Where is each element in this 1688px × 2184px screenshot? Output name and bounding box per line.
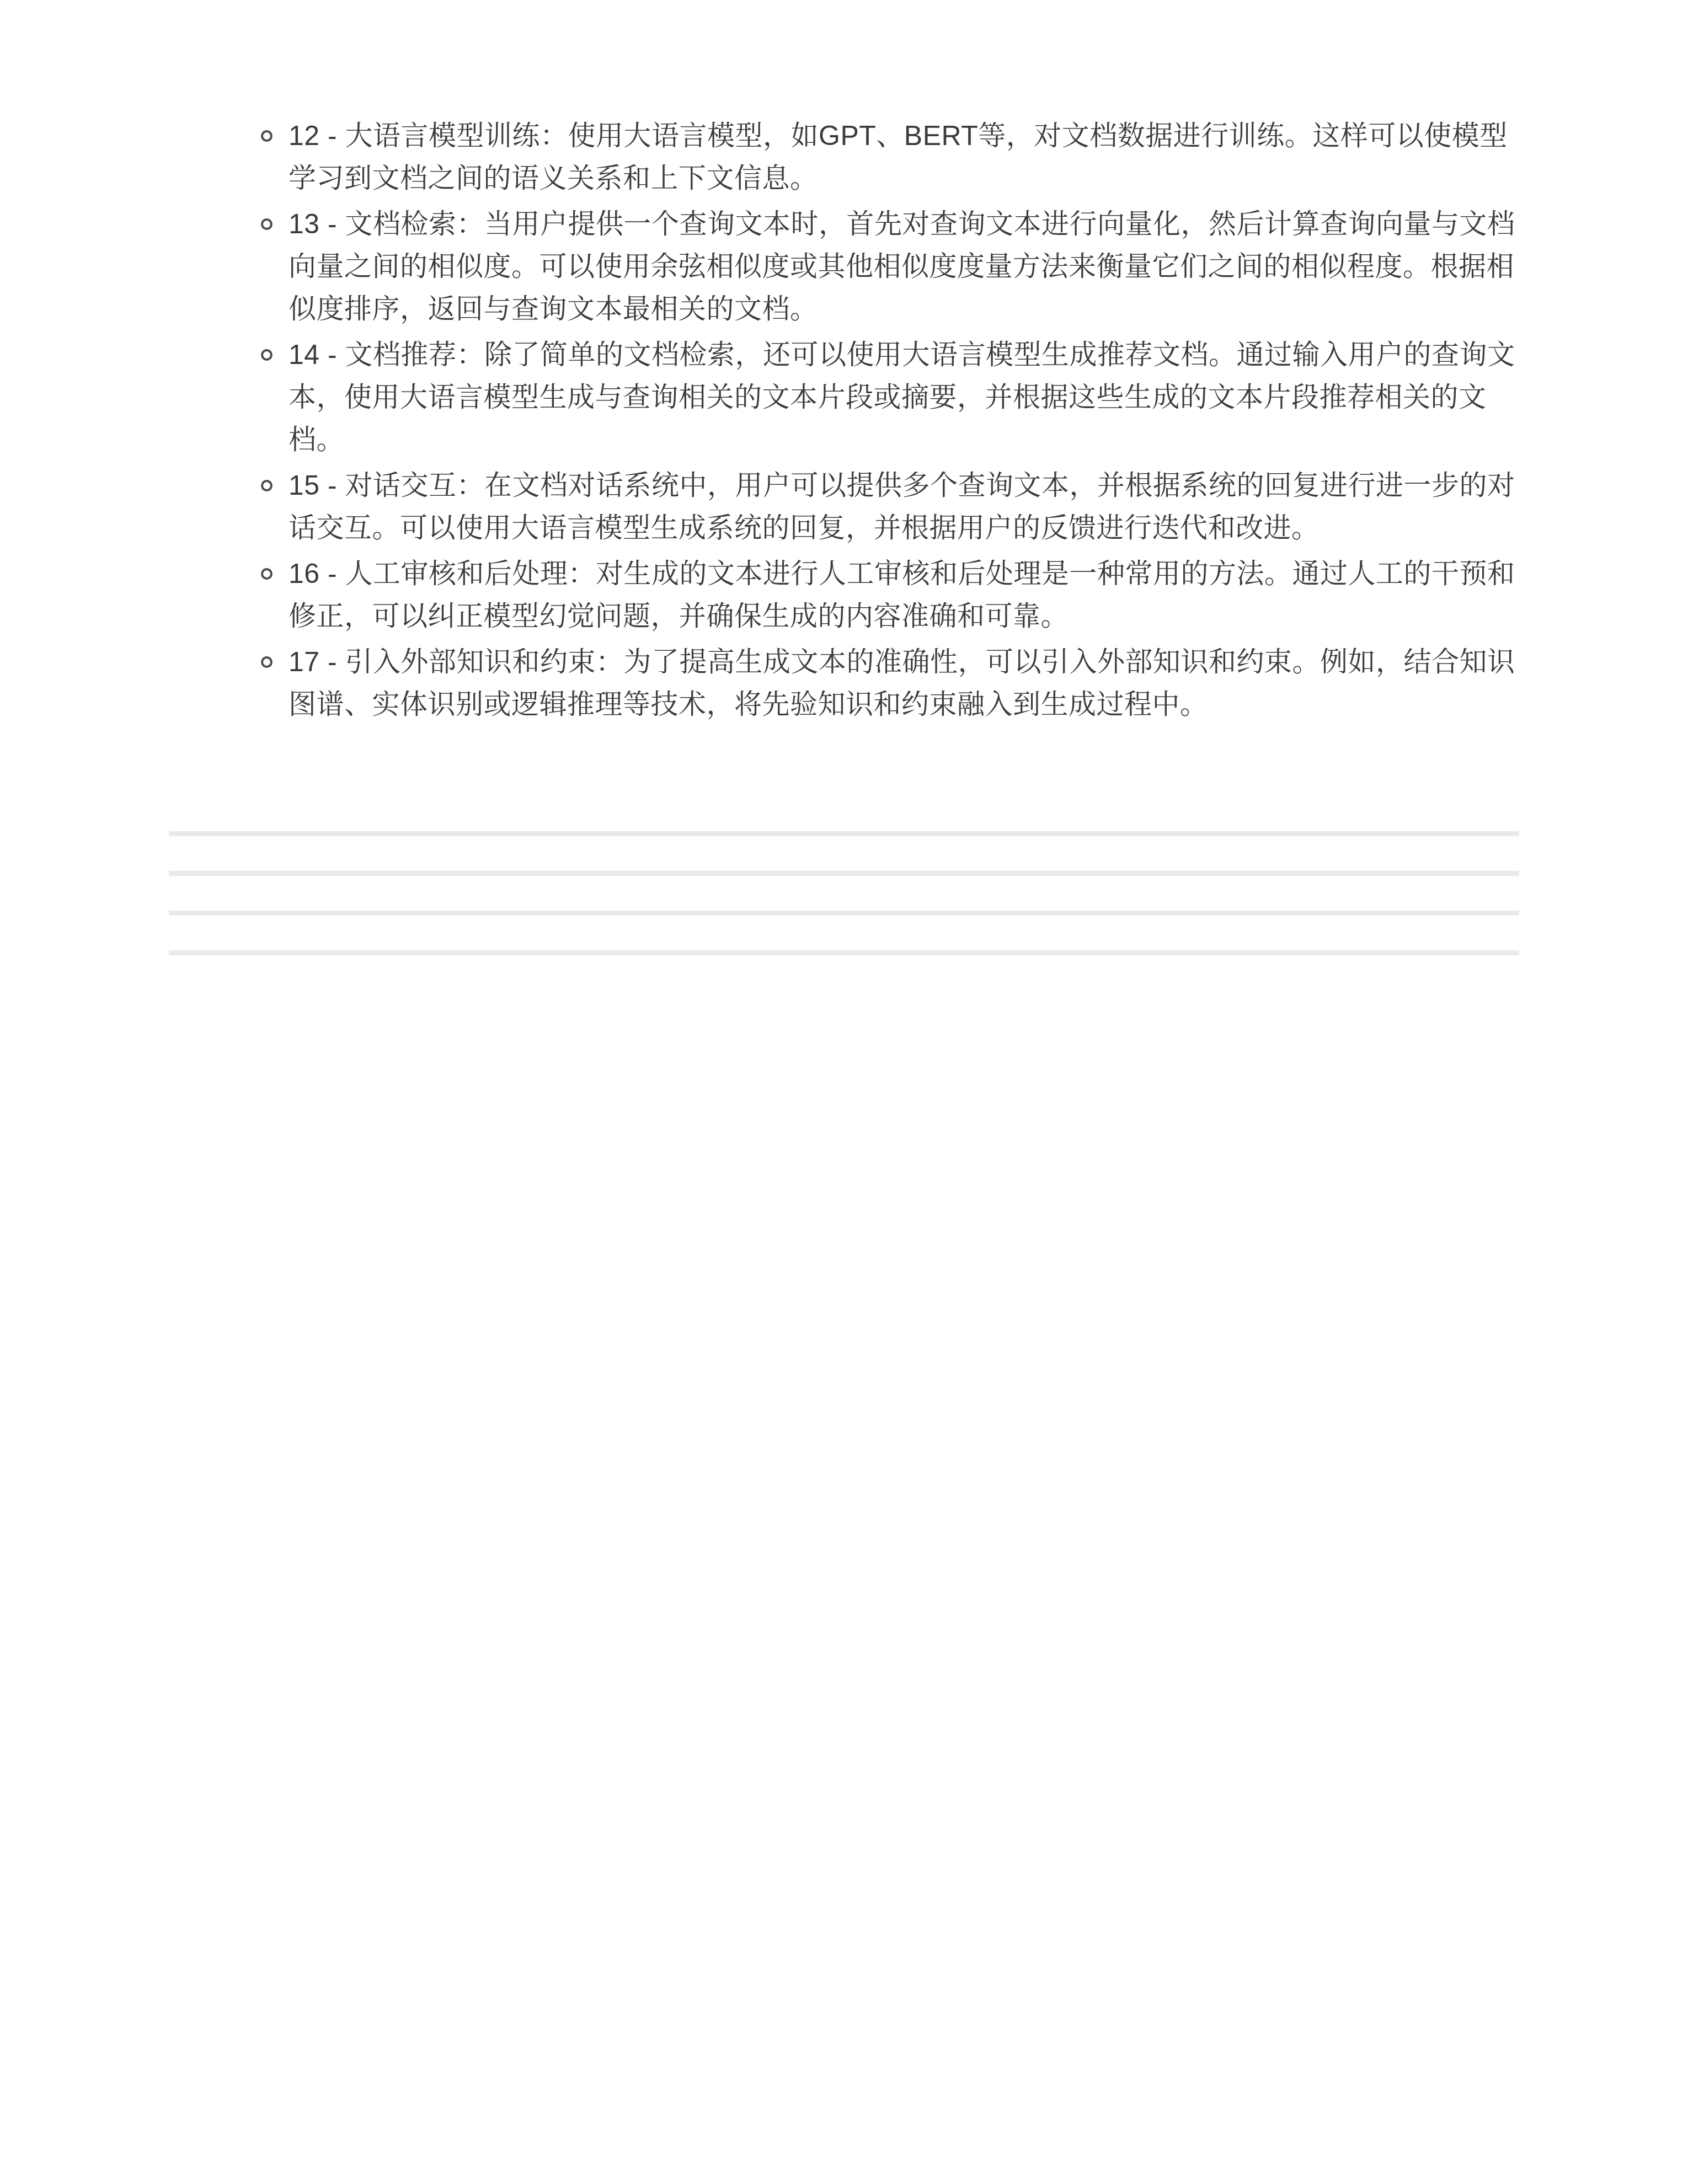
divider-line	[169, 950, 1519, 955]
divider-line	[169, 831, 1519, 836]
list-item: 17 - 引入外部知识和约束：为了提高生成文本的准确性，可以引入外部知识和约束。…	[289, 641, 1516, 726]
list-item: 13 - 文档检索：当用户提供一个查询文本时，首先对查询文本进行向量化，然后计算…	[289, 203, 1516, 330]
divider-line	[169, 871, 1519, 876]
document-bullet-list: 12 - 大语言模型训练：使用大语言模型，如GPT、BERT等，对文档数据进行训…	[289, 115, 1516, 729]
divider-line	[169, 911, 1519, 916]
list-item: 16 - 人工审核和后处理：对生成的文本进行人工审核和后处理是一种常用的方法。通…	[289, 553, 1516, 638]
list-item: 14 - 文档推荐：除了简单的文档检索，还可以使用大语言模型生成推荐文档。通过输…	[289, 334, 1516, 461]
list-item: 12 - 大语言模型训练：使用大语言模型，如GPT、BERT等，对文档数据进行训…	[289, 115, 1516, 200]
list-item: 15 - 对话交互：在文档对话系统中，用户可以提供多个查询文本，并根据系统的回复…	[289, 464, 1516, 549]
divider-group	[169, 831, 1519, 990]
